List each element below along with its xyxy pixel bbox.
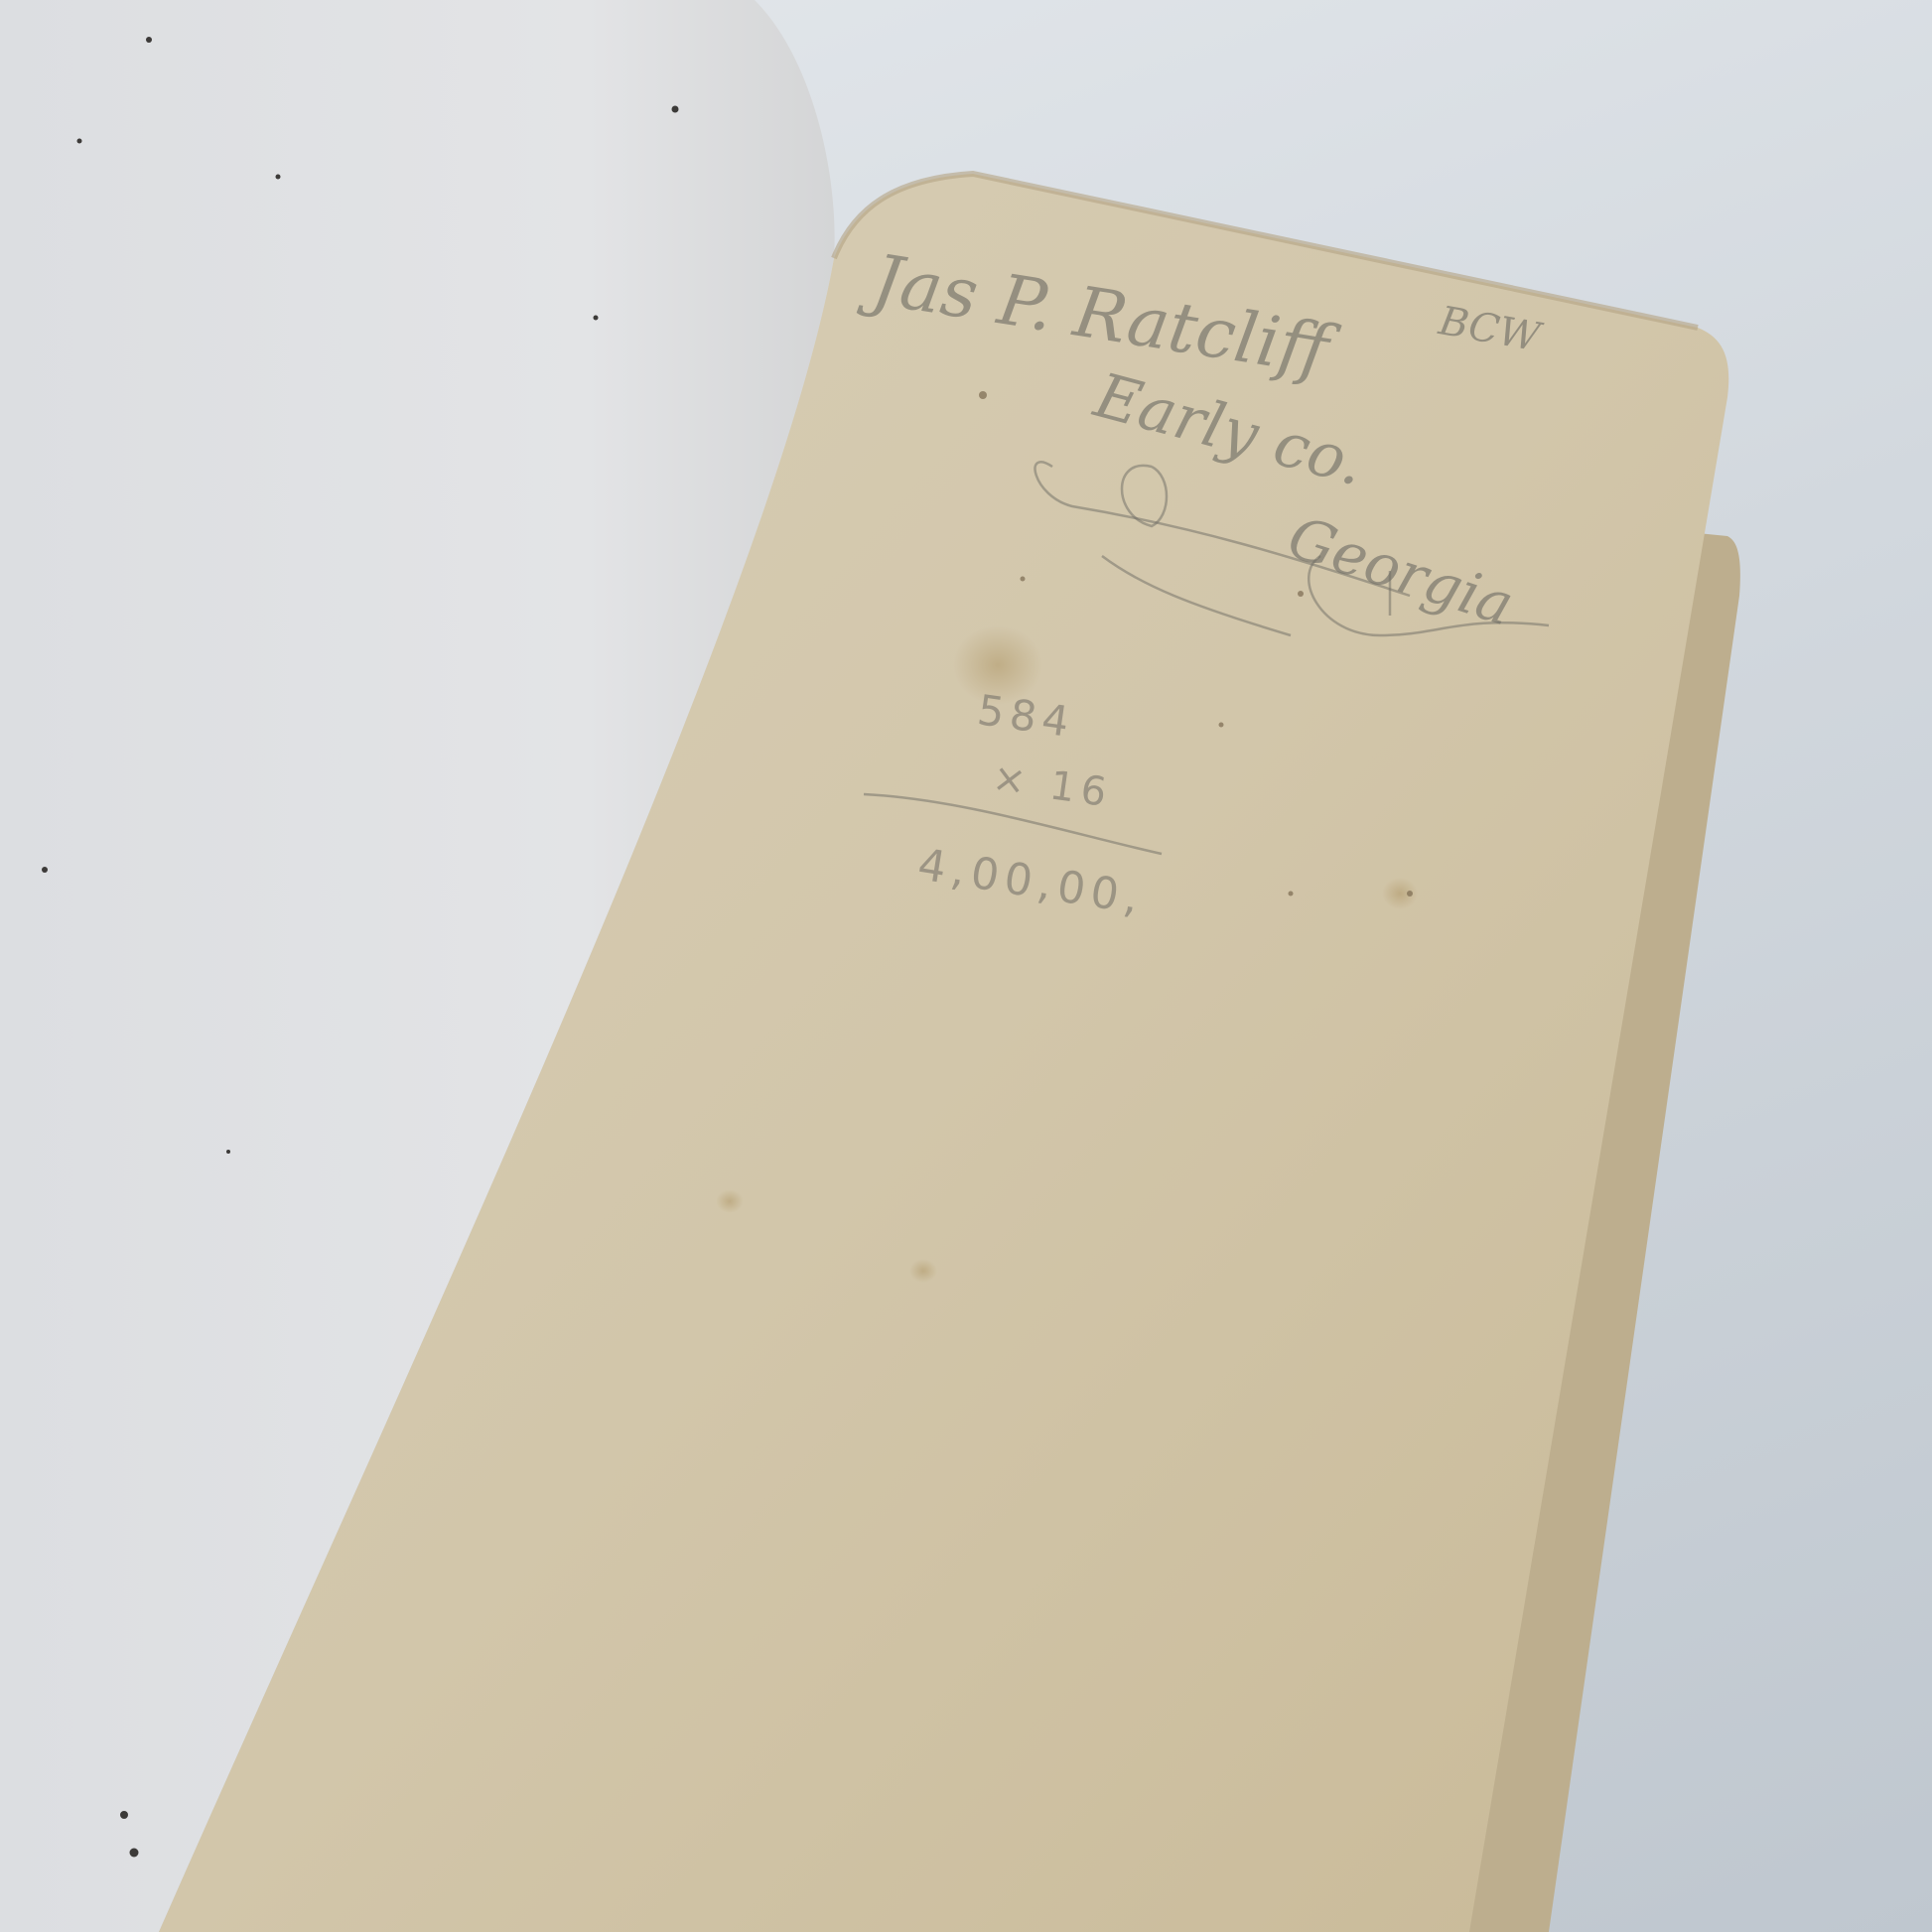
photo-scene: Jas P. Ratcliff BCW Early co. Georgia 58… xyxy=(0,0,1932,1932)
